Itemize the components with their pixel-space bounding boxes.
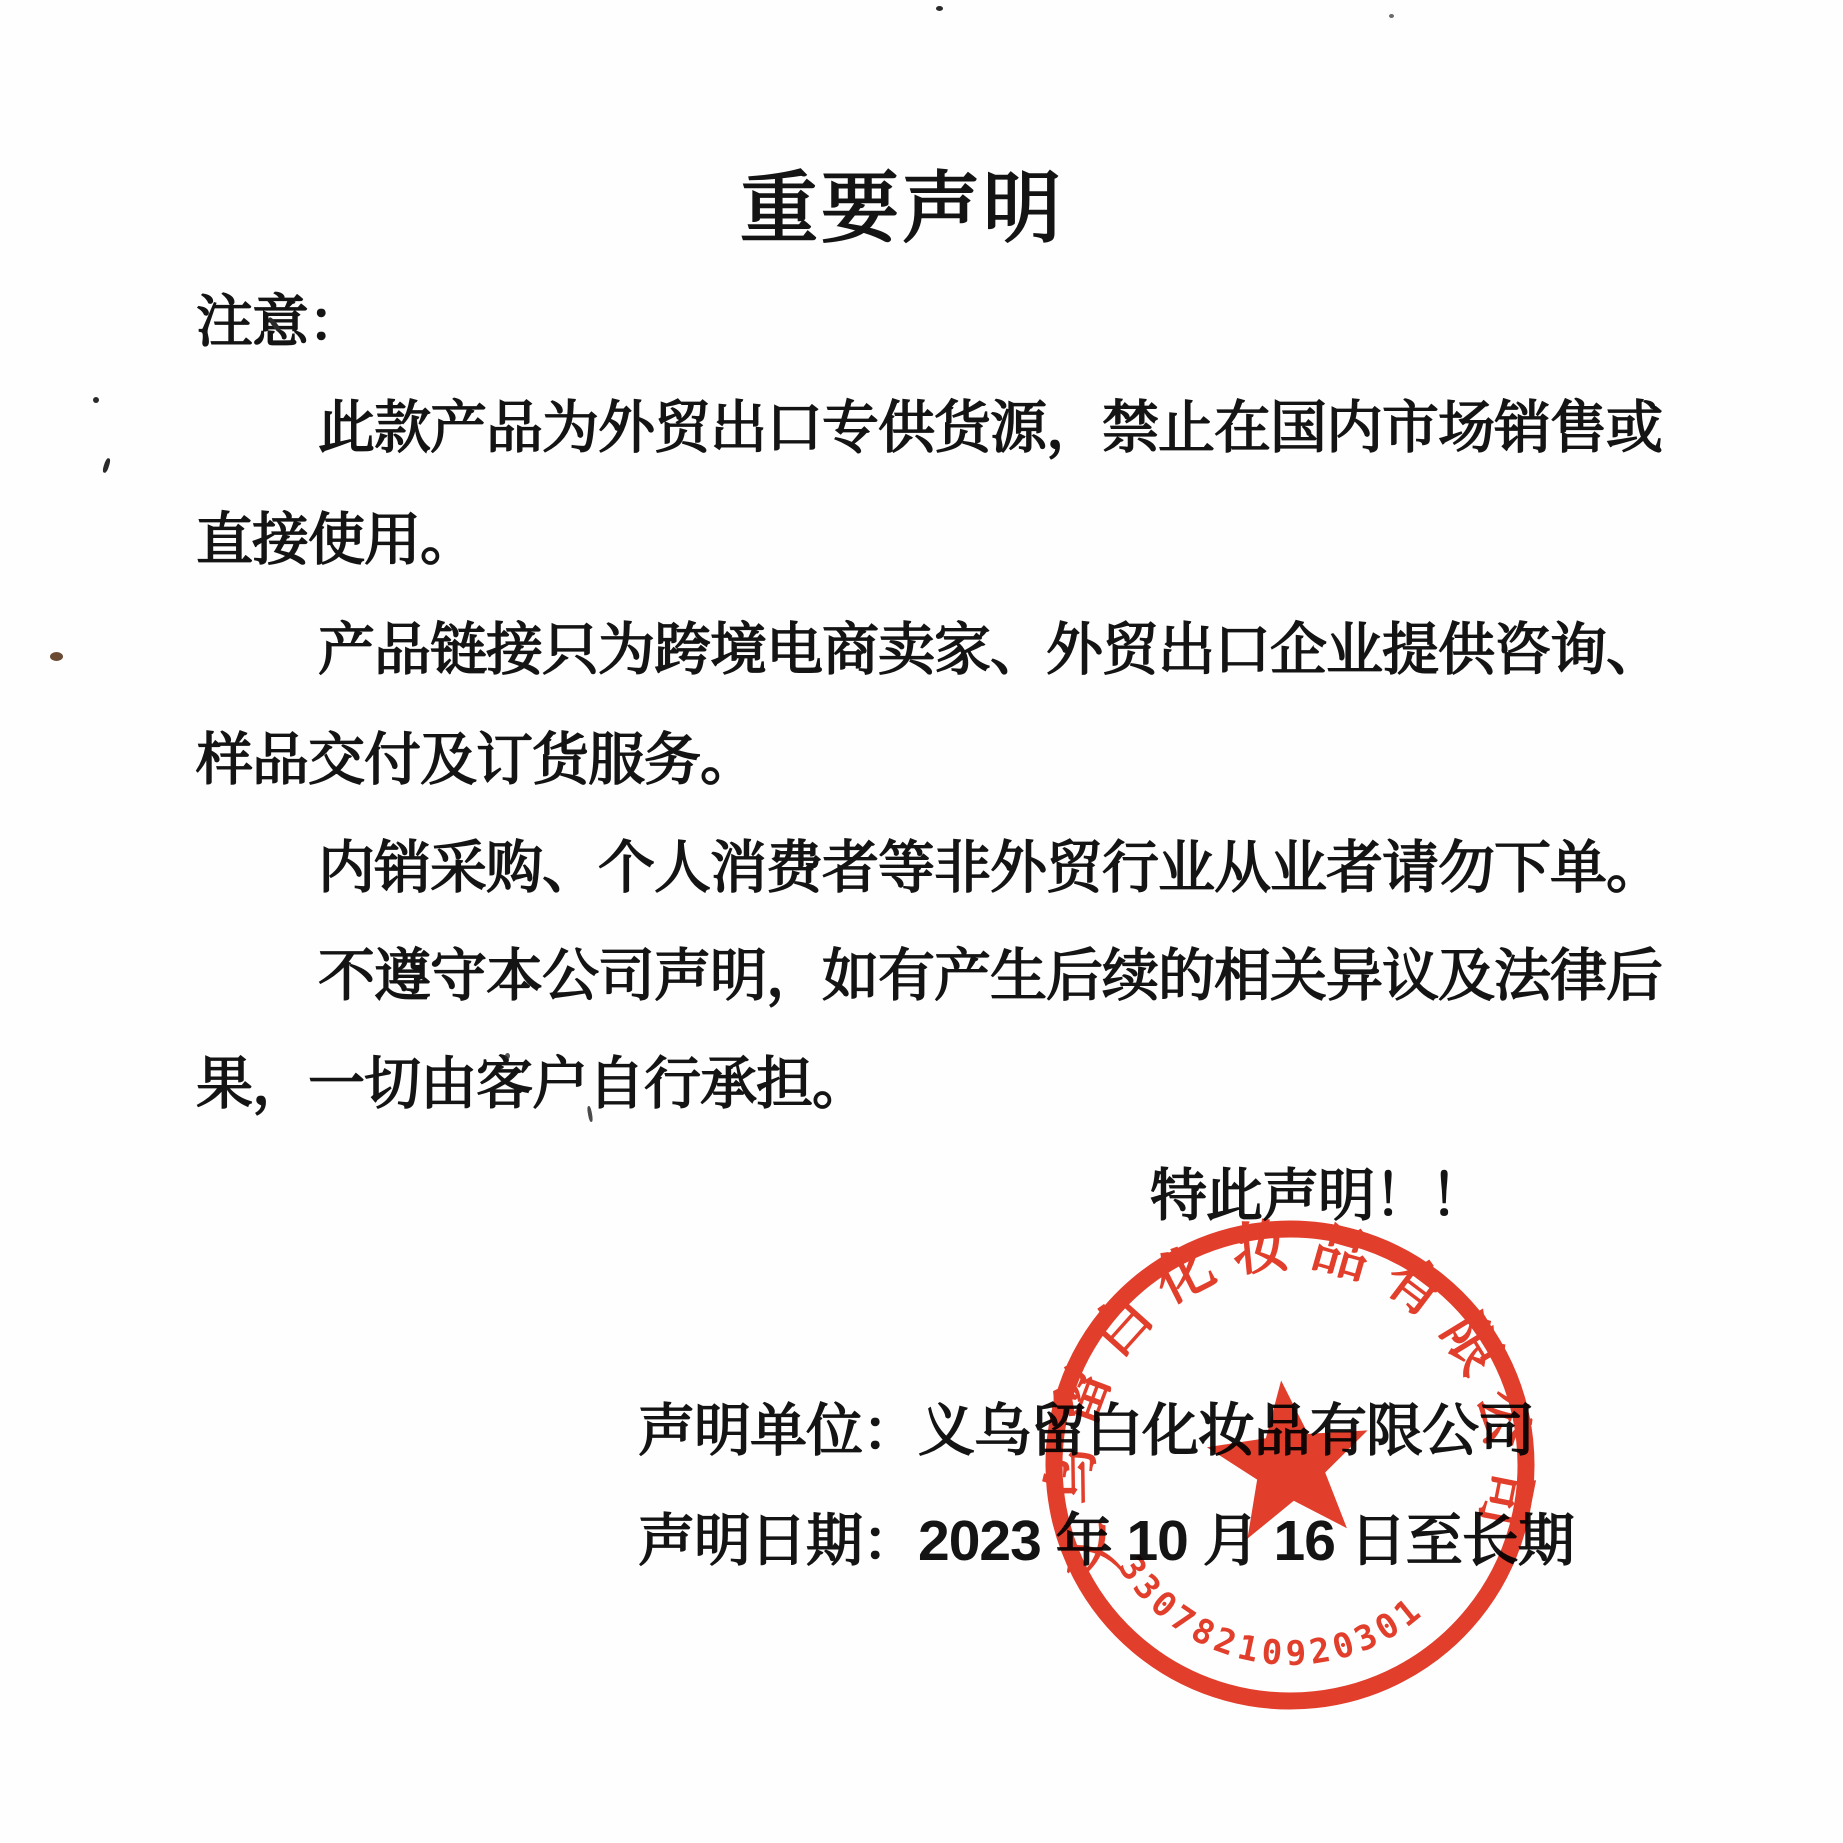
scan-speck bbox=[936, 6, 943, 11]
notice-label: 注意： bbox=[196, 276, 364, 358]
stray-comma-mark bbox=[102, 458, 111, 474]
scan-speck bbox=[50, 652, 63, 661]
scan-speck bbox=[1389, 14, 1394, 18]
body-line-4: 样品交付及订货服务。 bbox=[196, 714, 756, 796]
scan-speck bbox=[505, 1053, 510, 1059]
scanned-statement-document: 重要声明 注意： 此款产品为外贸出口专供货源，禁止在国内市场销售或 直接使用。 … bbox=[0, 0, 1843, 1843]
company-seal-icon: 义乌留白化妆品有限公司 33078210920301 bbox=[1004, 1179, 1576, 1751]
body-line-5: 内销采购、个人消费者等非外贸行业从业者请勿下单。 bbox=[318, 822, 1662, 904]
body-line-2: 直接使用。 bbox=[196, 494, 476, 576]
body-line-1: 此款产品为外贸出口专供货源，禁止在国内市场销售或 bbox=[318, 382, 1662, 464]
scan-speck bbox=[93, 397, 99, 403]
red-star-icon bbox=[1201, 1372, 1378, 1542]
body-line-7: 果，一切由客户自行承担。 bbox=[196, 1038, 868, 1120]
body-line-3: 产品链接只为跨境电商卖家、外贸出口企业提供咨询、 bbox=[318, 604, 1662, 686]
page-title: 重要声明 bbox=[740, 146, 1064, 258]
body-line-6: 不遵守本公司声明，如有产生后续的相关异议及法律后 bbox=[318, 930, 1662, 1012]
